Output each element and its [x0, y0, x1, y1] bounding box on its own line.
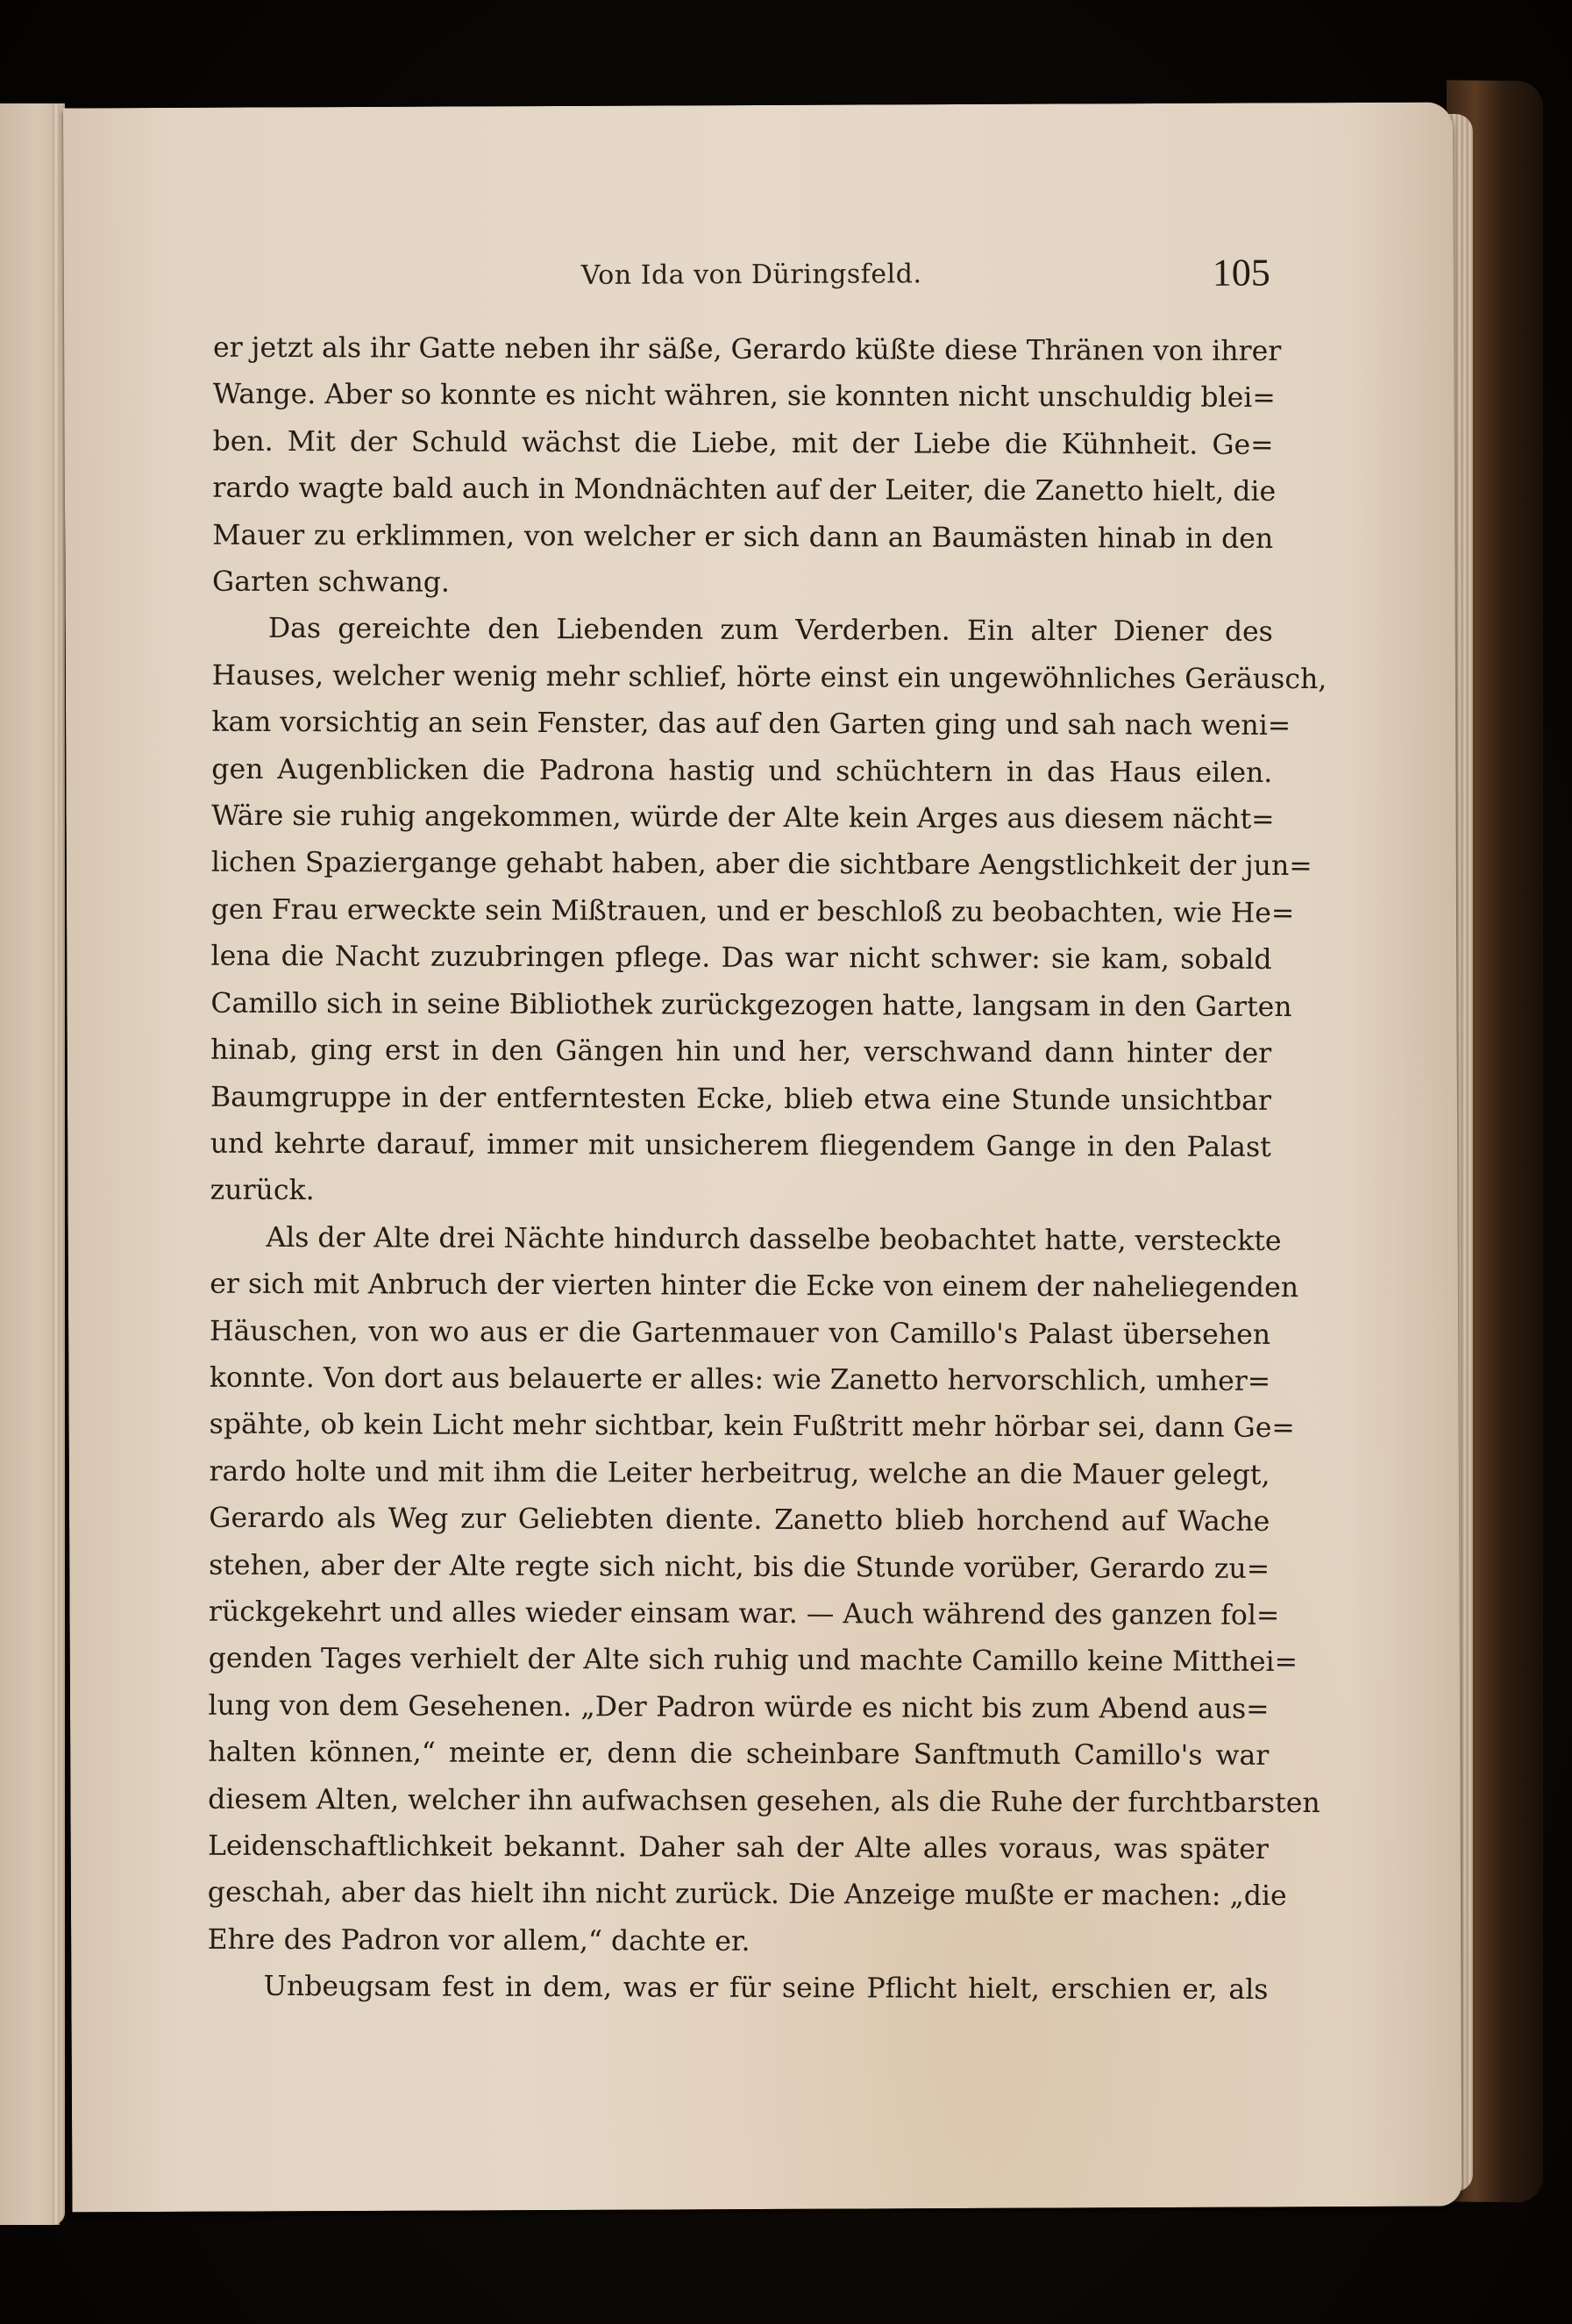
text-line: Das gereichte den Liebenden zum Verderbe… — [212, 606, 1273, 657]
text-line: konnte. Von dort aus belauerte er alles:… — [210, 1355, 1270, 1406]
text-line: Hauses, welcher wenig mehr schlief, hört… — [212, 653, 1273, 704]
book-page: Von Ida von Düringsfeld. 105 er jetzt al… — [63, 103, 1462, 2213]
text-line: er sich mit Anbruch der vierten hinter d… — [210, 1261, 1270, 1312]
text-line: Wange. Aber so konnte es nicht währen, s… — [213, 372, 1274, 423]
text-line: spähte, ob kein Licht mehr sichtbar, kei… — [210, 1402, 1270, 1453]
text-line: gen Frau erweckte sein Mißtrauen, und er… — [211, 887, 1272, 938]
text-line: rückgekehrt und alles wieder einsam war.… — [209, 1589, 1270, 1640]
page-header: Von Ida von Düringsfeld. 105 — [64, 250, 1454, 309]
text-line: halten können,“ meinte er, denn die sche… — [208, 1730, 1269, 1780]
page-number: 105 — [1213, 250, 1270, 295]
text-line: und kehrte darauf, immer mit unsicherem … — [210, 1121, 1271, 1172]
text-line: Camillo sich in seine Bibliothek zurückg… — [210, 980, 1271, 1031]
body-text: er jetzt als ihr Gatte neben ihr säße, G… — [207, 325, 1274, 2015]
text-line: Mauer zu erklimmen, von welcher er sich … — [212, 512, 1273, 563]
text-line: hinab, ging erst in den Gängen hin und h… — [210, 1027, 1271, 1078]
text-line: rardo wagte bald auch in Mondnächten auf… — [212, 466, 1273, 516]
paragraph: er jetzt als ihr Gatte neben ihr säße, G… — [212, 325, 1274, 610]
text-line: lung von dem Gesehenen. „Der Padron würd… — [208, 1682, 1269, 1733]
paragraph: Unbeugsam fest in dem, was er für seine … — [207, 1964, 1268, 2015]
text-line: stehen, aber der Alte regte sich nicht, … — [209, 1542, 1270, 1593]
text-line: Wäre sie ruhig angekommen, würde der Alt… — [211, 793, 1272, 844]
text-line: geschah, aber das hielt ihn nicht zurück… — [208, 1870, 1269, 1921]
text-line: Ehre des Padron vor allem,“ dachte er. — [208, 1917, 1269, 1968]
paragraph: Das gereichte den Liebenden zum Verderbe… — [210, 606, 1273, 1219]
text-line: Unbeugsam fest in dem, was er für seine … — [207, 1964, 1268, 2015]
text-line: ben. Mit der Schuld wächst die Liebe, mi… — [213, 419, 1274, 470]
text-line: gen Augenblicken die Padrona hastig und … — [211, 746, 1272, 797]
text-line: lichen Spaziergange gehabt haben, aber d… — [211, 840, 1272, 891]
text-line: kam vorsichtig an sein Fenster, das auf … — [211, 700, 1272, 750]
text-line: er jetzt als ihr Gatte neben ihr säße, G… — [213, 325, 1274, 376]
text-line: Garten schwang. — [212, 559, 1273, 610]
text-line: Baumgruppe in der entferntesten Ecke, bl… — [210, 1074, 1271, 1125]
text-line: lena die Nacht zuzubringen pflege. Das w… — [210, 934, 1271, 984]
text-line: Gerardo als Weg zur Geliebten diente. Za… — [209, 1496, 1270, 1546]
book-gutter — [53, 103, 60, 2225]
text-line: Häuschen, von wo aus er die Gartenmauer … — [210, 1308, 1270, 1359]
text-line: rardo holte und mit ihm die Leiter herbe… — [209, 1448, 1270, 1499]
running-head: Von Ida von Düringsfeld. — [581, 259, 922, 291]
text-line: Leidenschaftlichkeit bekannt. Daher sah … — [208, 1823, 1269, 1874]
text-line: diesem Alten, welcher ihn aufwachsen ges… — [208, 1776, 1269, 1827]
text-line: zurück. — [210, 1168, 1271, 1219]
text-line: genden Tages verhielt der Alte sich ruhi… — [209, 1636, 1270, 1687]
paragraph: Als der Alte drei Nächte hindurch dassel… — [208, 1214, 1271, 1967]
text-line: Als der Alte drei Nächte hindurch dassel… — [210, 1214, 1270, 1265]
